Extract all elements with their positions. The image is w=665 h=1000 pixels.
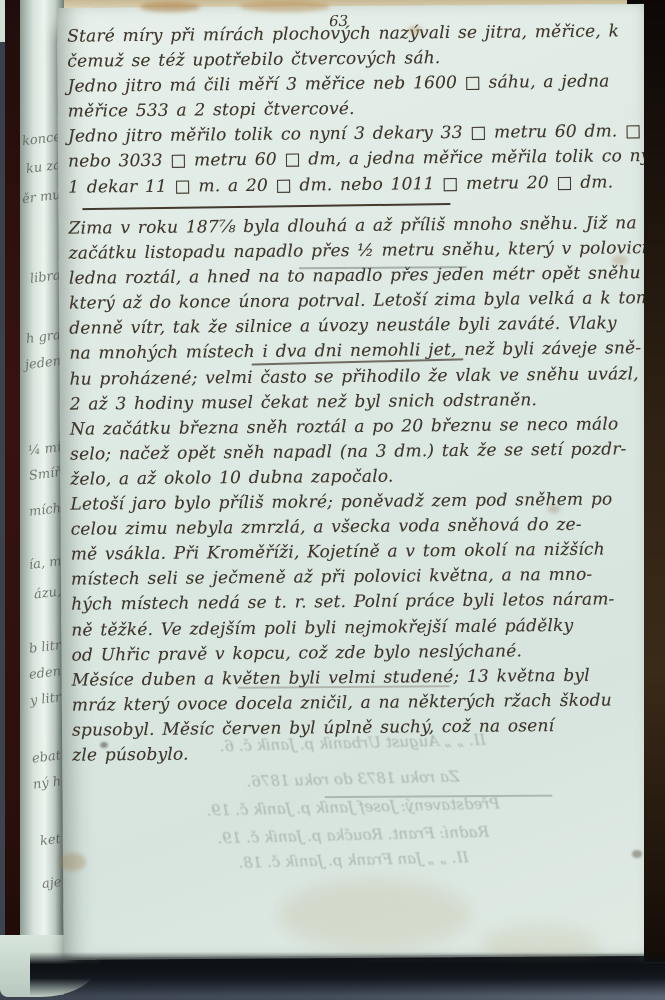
margin-text-fragment: Smíř xyxy=(29,465,62,484)
margin-text-fragment: ket xyxy=(39,832,61,849)
stain xyxy=(612,255,628,265)
show-through-line: Za roku 1873 do roku 1876. xyxy=(80,763,625,794)
margin-text-fragment: b litr xyxy=(28,638,62,657)
margin-text-fragment: libra xyxy=(30,268,62,287)
stain xyxy=(240,1,330,12)
ink-speck xyxy=(632,850,642,858)
margin-text-fragment: h gra xyxy=(25,328,61,347)
stain xyxy=(408,26,422,34)
book-bottom-shadow xyxy=(30,952,665,996)
ink-speck xyxy=(100,742,108,748)
margin-text-fragment: ěr mu xyxy=(21,188,61,208)
margin-text-fragment: y litr xyxy=(29,690,62,709)
margin-text-fragment: jeden xyxy=(24,354,62,373)
stain xyxy=(60,853,86,871)
stain xyxy=(140,2,200,12)
margin-text-fragment: konce xyxy=(21,130,62,150)
margin-text-fragment: ku za xyxy=(25,158,62,177)
margin-text-fragment: ázu, xyxy=(33,584,62,602)
margin-text-fragment: ía, m xyxy=(28,554,62,573)
margin-text-fragment: ebat xyxy=(31,748,62,766)
margin-text-fragment: ný h xyxy=(32,774,62,792)
handwritten-line: 1 dekar 11 □ m. a 20 □ dm. nebo 1011 □ m… xyxy=(68,170,646,201)
margin-text-fragment: aje xyxy=(41,875,62,892)
manuscript-page: 63 Staré míry při mírách plochových nazý… xyxy=(57,4,655,960)
cover-strip-right xyxy=(644,0,665,962)
margin-text-fragment: ¼ mí xyxy=(27,440,62,459)
show-through-text: II. „ „ August Urbaník p. Janík č. 6.Za … xyxy=(80,732,626,886)
chronicle-paragraph: Zima v roku 187⅞ byla dlouhá a až příliš… xyxy=(68,212,650,768)
manuscript-photo: konceku zaěr mulibrah grajeden¼ míSmířmí… xyxy=(0,0,665,1000)
margin-text-fragment: mích xyxy=(28,501,62,520)
stain xyxy=(280,880,470,950)
show-through-line: II. „ „ Jan Frank p. Janík č. 18. xyxy=(81,844,626,875)
measures-paragraph: Staré míry při mírách plochových nazýval… xyxy=(67,20,646,200)
section-divider-line xyxy=(82,203,450,210)
margin-text-fragment: eden xyxy=(28,664,62,683)
stain xyxy=(548,505,560,513)
show-through-line: Představený: Josef Janík p. Janík č. 19. xyxy=(80,791,625,822)
